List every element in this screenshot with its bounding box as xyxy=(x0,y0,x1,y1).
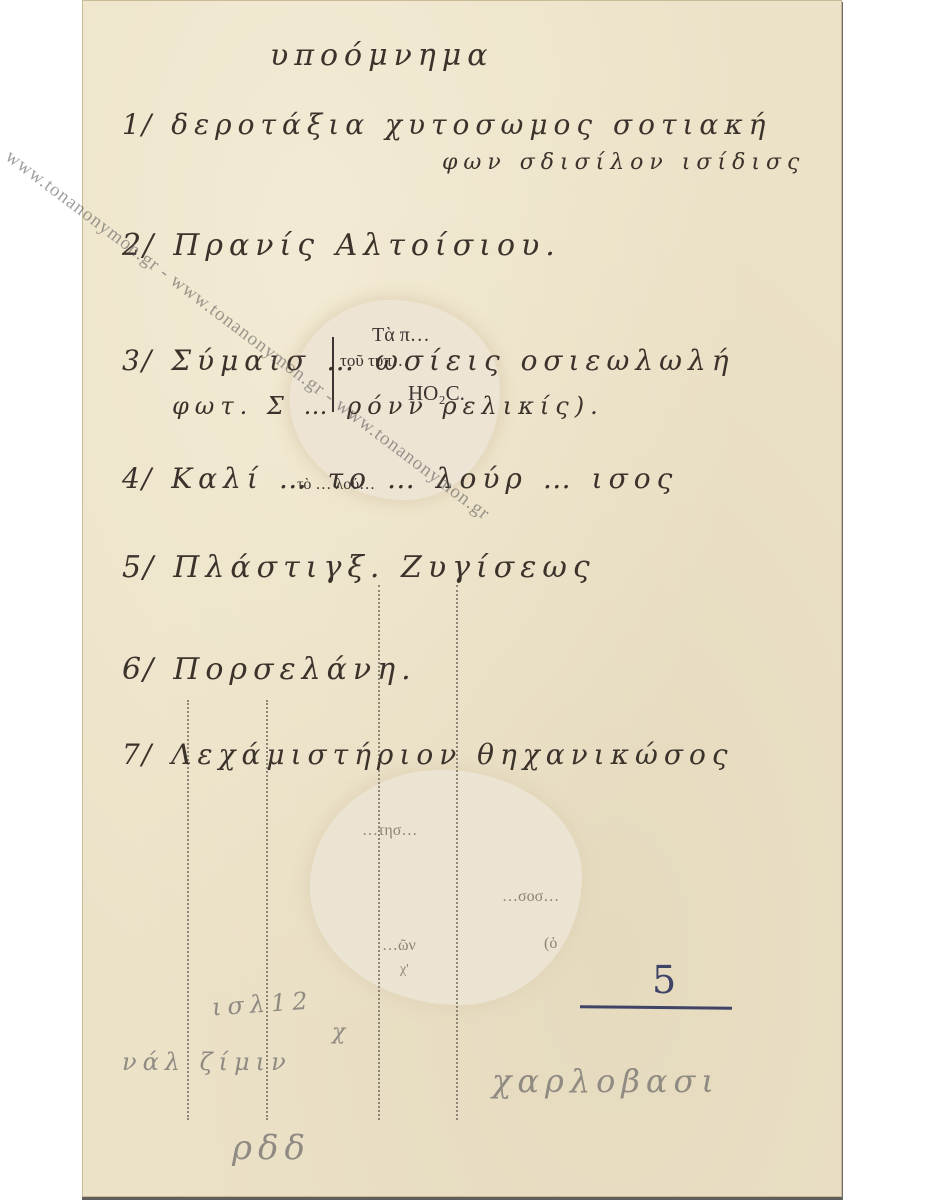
item-text: Πορσελάνη. xyxy=(173,652,416,687)
item-text: Σύμαισ … ωσίεις οσιεωλωλή xyxy=(171,344,734,377)
list-item-2: 2/Πρανίς Αλτοίσιου. xyxy=(122,228,561,263)
pencil-note-2: χ xyxy=(332,1020,351,1045)
list-item-3-cont: φωτ. Σ … ρόνν ρελικίς). xyxy=(172,392,604,420)
list-item-7: 7/Λεχάμιστήριον θηχανικώσος xyxy=(122,738,734,771)
item-number: 2/ xyxy=(122,228,155,263)
list-item-3: 3/Σύμαισ … ωσίεις οσιεωλωλή xyxy=(122,344,734,377)
item-number: 4/ xyxy=(122,462,153,495)
item-number: 6/ xyxy=(122,652,155,687)
list-item-6: 6/Πορσελάνη. xyxy=(122,652,417,687)
pencil-note-4: ρδδ xyxy=(232,1128,311,1168)
item-text: Καλί … το … λούρ … ισος xyxy=(171,462,678,495)
printed-bottom-line1: …τησ… xyxy=(362,822,417,840)
item-number: 5/ xyxy=(122,550,155,585)
item-number: 3/ xyxy=(122,344,153,377)
pencil-note-1: ισλ12 xyxy=(211,986,314,1021)
item-text: δεροτάξια χυτοσωμος σοτιακή xyxy=(171,108,771,141)
printed-bottom-line4: (ὁ xyxy=(544,935,557,953)
item-text: Πρανίς Αλτοίσιου. xyxy=(173,228,561,263)
tally-underline xyxy=(580,1005,732,1010)
list-item-1-cont: φων σδισίλον ισίδισς xyxy=(442,150,805,175)
item-number: 1/ xyxy=(122,108,153,141)
item-number: 7/ xyxy=(122,738,153,771)
printed-bottom-line3: …ῶν xyxy=(382,937,416,955)
pencil-note-3: νάλ ζίμιν xyxy=(122,1048,292,1076)
postcard-back: Τὰ π… τοῦ τυπ… HO₂C. τὸ … λού… …τησ… …σο… xyxy=(82,0,842,1200)
dotted-divider-4 xyxy=(456,585,458,1120)
item-text: Πλάστιγξ. Ζυγίσεως xyxy=(173,550,595,585)
list-item-1: 1/δεροτάξια χυτοσωμος σοτιακή xyxy=(122,108,771,141)
heading: υποόμνημα xyxy=(270,38,494,73)
tally-number: 5 xyxy=(652,958,682,1002)
printed-bottom-line2: …σοσ… xyxy=(502,888,559,906)
pencil-note-place: χαρλοβασι xyxy=(492,1062,720,1100)
item-text: Λεχάμιστήριον θηχανικώσος xyxy=(171,738,733,771)
printed-bottom-line5: χ' xyxy=(400,962,409,978)
list-item-4: 4/Καλί … το … λούρ … ισος xyxy=(122,462,678,495)
list-item-5: 5/Πλάστιγξ. Ζυγίσεως xyxy=(122,550,596,585)
